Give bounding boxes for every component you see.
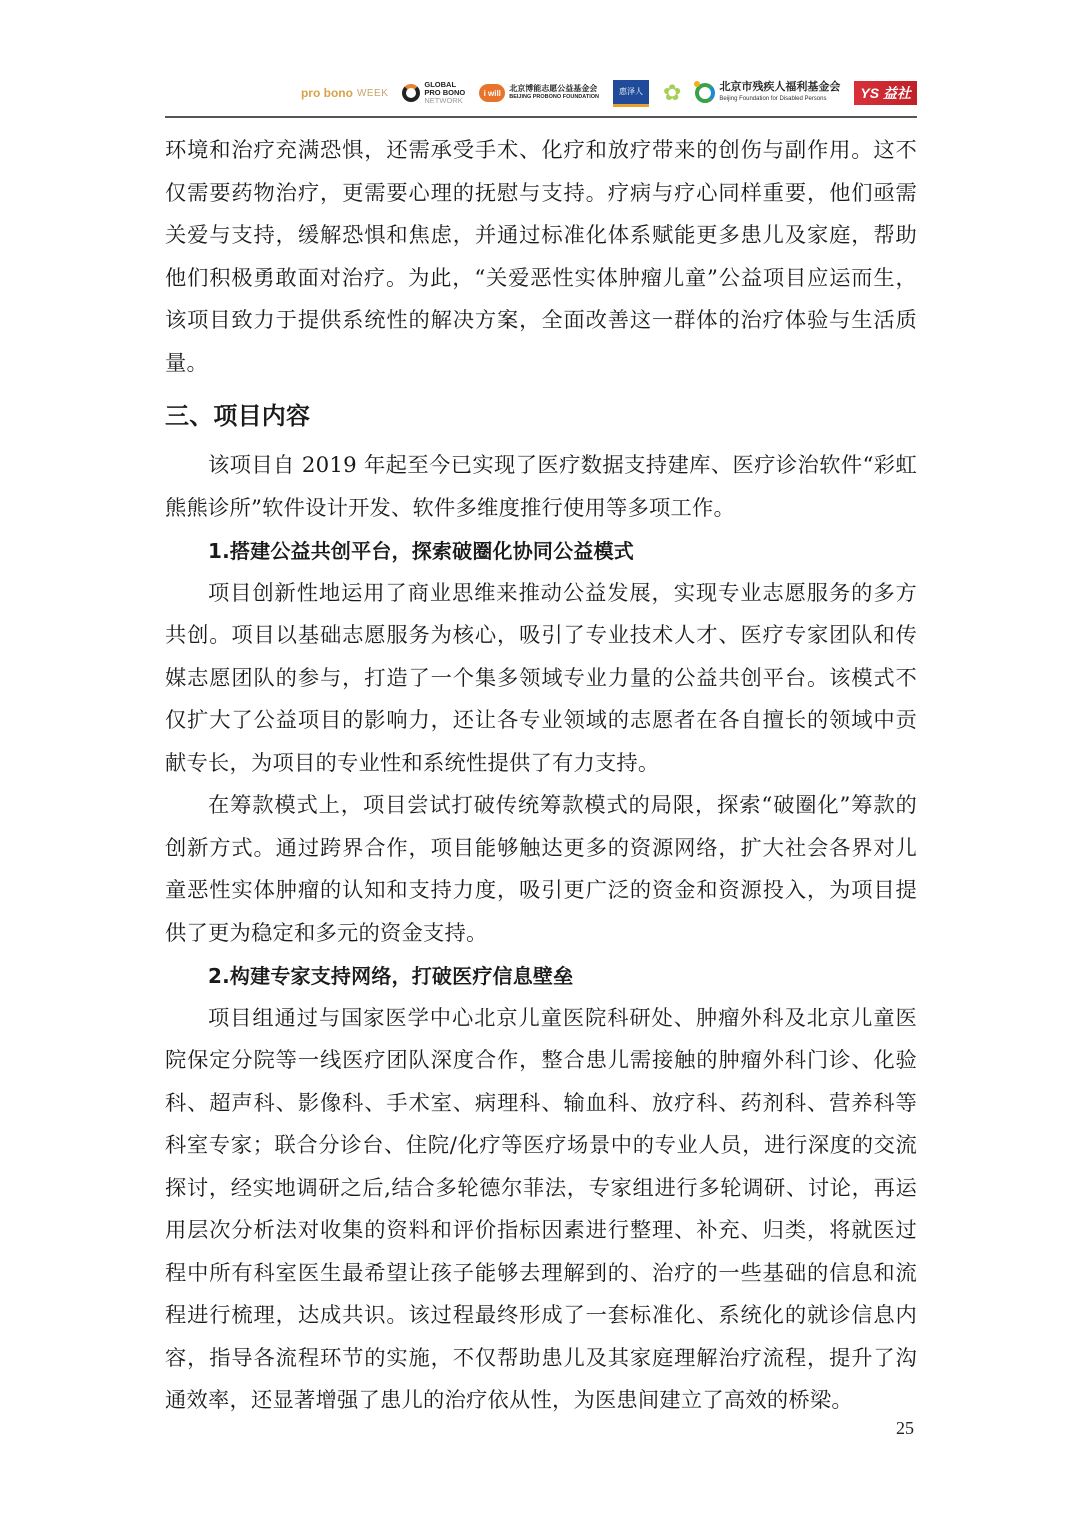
subsection-title-2: 2.构建专家支持网络，打破医疗信息壁垒	[165, 955, 917, 998]
logo-huizeren: 惠泽人	[613, 80, 649, 107]
section-title: 三、项目内容	[165, 393, 917, 439]
header-divider	[165, 116, 917, 118]
logo-bjfd-zh: 北京市残疾人福利基金会	[719, 81, 840, 93]
logo-week-text: WEEK	[357, 88, 388, 99]
page-number: 25	[896, 1418, 914, 1439]
logo-bjfd-en: Beijing Foundation for Disabled Persons	[719, 93, 840, 105]
logo-iwill-zh: 北京博能志愿公益基金会	[509, 84, 599, 93]
partner-logos-header: pro bono WEEK GLOBAL PRO BONO NETWORK i …	[165, 72, 917, 114]
logo-beijing-probono-foundation: i will 北京博能志愿公益基金会 BEIJING PROBONO FOUND…	[479, 84, 599, 102]
document-body: 环境和治疗充满恐惧，还需承受手术、化疗和放疗带来的创伤与副作用。这不仅需要药物治…	[165, 130, 917, 1423]
logo-global-pro-bono-network: GLOBAL PRO BONO NETWORK	[402, 81, 465, 105]
volunteer-figure-icon: ✿	[663, 80, 681, 106]
ring-icon	[402, 84, 420, 102]
logo-pro-bono-week: pro bono WEEK	[301, 86, 388, 100]
paragraph-overview: 该项目自 2019 年起至今已实现了医疗数据支持建库、医疗诊治软件“彩虹熊熊诊所…	[165, 445, 917, 530]
subsection-title-1: 1.搭建公益共创平台，探索破圈化协同公益模式	[165, 530, 917, 573]
logo-iwill-en: BEIJING PROBONO FOUNDATION	[509, 93, 599, 102]
iwill-badge-icon: i will	[479, 84, 505, 102]
logo-beijing-foundation-disabled: 北京市残疾人福利基金会 Beijing Foundation for Disab…	[695, 81, 840, 105]
circle-logo-icon	[695, 83, 715, 103]
paragraph-intro: 环境和治疗充满恐惧，还需承受手术、化疗和放疗带来的创伤与副作用。这不仅需要药物治…	[165, 130, 917, 385]
paragraph-expert-network: 项目组通过与国家医学中心北京儿童医院科研处、肿瘤外科及北京儿童医院保定分院等一线…	[165, 998, 917, 1423]
paragraph-platform: 项目创新性地运用了商业思维来推动公益发展，实现专业志愿服务的多方共创。项目以基础…	[165, 573, 917, 786]
logo-pro-bono-text: pro bono	[301, 86, 353, 100]
paragraph-fundraising: 在筹款模式上，项目尝试打破传统筹款模式的局限，探索“破圈化”筹款的创新方式。通过…	[165, 785, 917, 955]
logo-ys-yishe: YS 益社	[854, 81, 917, 105]
logo-gpbn-line3: NETWORK	[424, 97, 465, 105]
